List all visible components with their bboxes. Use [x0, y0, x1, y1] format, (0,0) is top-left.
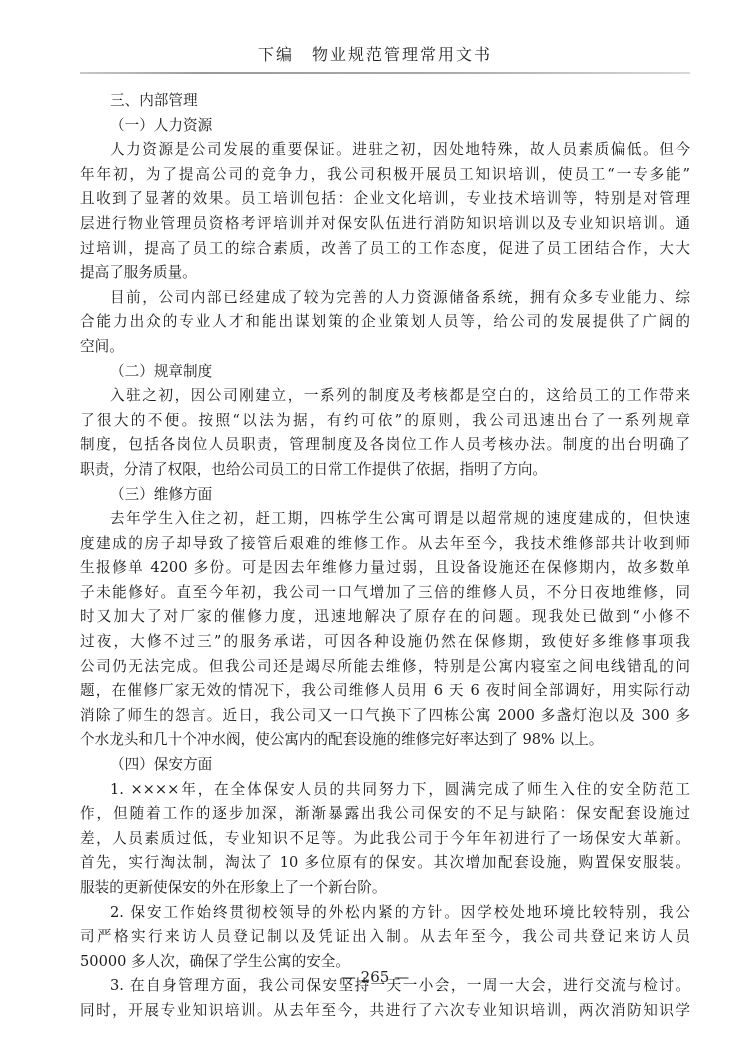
text-line: 2. 保安工作始终贯彻校领导的外松内紧的方针。因学校处地环境比较特别，我公	[80, 901, 690, 926]
paragraph-hr-2: 目前，公司内部已经建成了较为完善的人力资源储备系统，拥有众多专业能力、综 合能力…	[80, 286, 690, 360]
text-line: 1. ××××年，在全体保安人员的共同努力下，圆满完成了师生入住的安全防范工	[80, 778, 690, 803]
text-line: 司严格实行来访人员登记制以及凭证出入制。从去年至今，我公司共登记来访人员	[80, 925, 690, 950]
subsection-heading-maintenance: （三）维修方面	[80, 483, 690, 508]
text-line: 人力资源是公司发展的重要保证。进驻之初，因处地特殊，故人员素质偏低。但今	[80, 138, 690, 163]
running-head-title: 物业规范管理常用文书	[312, 45, 492, 64]
text-line: 过培训，提高了员工的综合素质，改善了员工的工作态度，促进了员工团结合作，大大	[80, 237, 690, 262]
subsection-heading-rules: （二）规章制度	[80, 360, 690, 385]
text-line: 首先，实行淘汰制，淘汰了 10 多位原有的保安。其次增加配套设施，购置保安服装。	[80, 851, 690, 876]
subsection-heading-security: （四）保安方面	[80, 753, 690, 778]
text-line: 服装的更新使保安的外在形象上了一个新台阶。	[80, 876, 690, 901]
paragraph-hr-1: 人力资源是公司发展的重要保证。进驻之初，因处地特殊，故人员素质偏低。但今 年年初…	[80, 138, 690, 286]
page-body: 三、内部管理 （一）人力资源 人力资源是公司发展的重要保证。进驻之初，因处地特殊…	[80, 89, 690, 1024]
text-line: 且收到了显著的效果。员工培训包括：企业文化培训，专业技术培训等，特别是对管理	[80, 187, 690, 212]
text-line: 职责，分清了权限，也给公司员工的日常工作提供了依据，指明了方向。	[80, 458, 690, 483]
text-line: 年年初，为了提高公司的竞争力，我公司积极开展员工知识培训，使员工“一专多能”	[80, 163, 690, 188]
text-line: 同时，开展专业知识培训。从去年至今，共进行了六次专业知识培训，两次消防知识学	[80, 999, 690, 1024]
text-line: 作，但随着工作的逐步加深，渐渐暴露出我公司保安的不足与缺陷：保安配套设施过	[80, 802, 690, 827]
text-line: 消除了师生的怨言。近日，我公司又一口气换下了四栋公寓 2000 多盏灯泡以及 3…	[80, 704, 690, 729]
text-line: 题，在催修厂家无效的情况下，我公司维修人员用 6 天 6 夜时间全部调好，用实际…	[80, 679, 690, 704]
subsection-heading-hr: （一）人力资源	[80, 114, 690, 139]
text-line: 差，人员素质过低，专业知识不足等。为此我公司于今年年初进行了一场保安大革新。	[80, 827, 690, 852]
text-line: 去年学生入住之初，赶工期，四栋学生公寓可谓是以超常规的速度建成的，但快速	[80, 507, 690, 532]
paragraph-security-1: 1. ××××年，在全体保安人员的共同努力下，圆满完成了师生入住的安全防范工 作…	[80, 778, 690, 901]
paragraph-rules-1: 入驻之初，因公司刚建立，一系列的制度及考核都是空白的，这给员工的工作带来 了很大…	[80, 384, 690, 482]
text-line: 子未能修好。直至今年初，我公司一口气增加了三倍的维修人员，不分日夜地维修，同	[80, 581, 690, 606]
running-head-part: 下编	[258, 45, 294, 64]
text-line: 制度，包括各岗位人员职责，管理制度及各岗位工作人员考核办法。制度的出台明确了	[80, 433, 690, 458]
text-line: 合能力出众的专业人才和能出谋划策的企业策划人员等，给公司的发展提供了广阔的	[80, 310, 690, 335]
text-line: 空间。	[80, 335, 690, 360]
text-line: 个水龙头和几十个冲水阀，使公寓内的配套设施的维修完好率达到了 98% 以上。	[80, 728, 690, 753]
paragraph-security-2: 2. 保安工作始终贯彻校领导的外松内紧的方针。因学校处地环境比较特别，我公 司严…	[80, 901, 690, 975]
text-line: 生报修单 4200 多份。可是因去年维修力量过弱，且设备设施还在保修期内，故多数…	[80, 556, 690, 581]
text-line: 过夜，大修不过三”的服务承诺，可因各种设施仍然在保修期，致使好多维修事项我	[80, 630, 690, 655]
text-line: 提高了服务质量。	[80, 261, 690, 286]
text-line: 层进行物业管理员资格考评培训并对保安队伍进行消防知识培训以及专业知识培训。通	[80, 212, 690, 237]
text-line: 度建成的房子却导致了接管后艰难的维修工作。从去年至今，我技术维修部共计收到师	[80, 532, 690, 557]
page-number: — 265 —	[0, 968, 750, 986]
text-line: 目前，公司内部已经建成了较为完善的人力资源储备系统，拥有众多专业能力、综	[80, 286, 690, 311]
text-line: 入驻之初，因公司刚建立，一系列的制度及考核都是空白的，这给员工的工作带来	[80, 384, 690, 409]
text-line: 公司仍无法完成。但我公司还是竭尽所能去维修，特别是公寓内寝室之间电线错乱的问	[80, 655, 690, 680]
section-heading-internal-management: 三、内部管理	[80, 89, 690, 114]
running-head: 下编物业规范管理常用文书	[0, 42, 750, 65]
text-line: 时又加大了对厂家的催修力度，迅速地解决了原存在的问题。现我处已做到“小修不	[80, 605, 690, 630]
header-rule	[80, 72, 690, 74]
text-line: 了很大的不便。按照“以法为据，有约可依”的原则，我公司迅速出台了一系列规章	[80, 409, 690, 434]
paragraph-maintenance-1: 去年学生入住之初，赶工期，四栋学生公寓可谓是以超常规的速度建成的，但快速 度建成…	[80, 507, 690, 753]
